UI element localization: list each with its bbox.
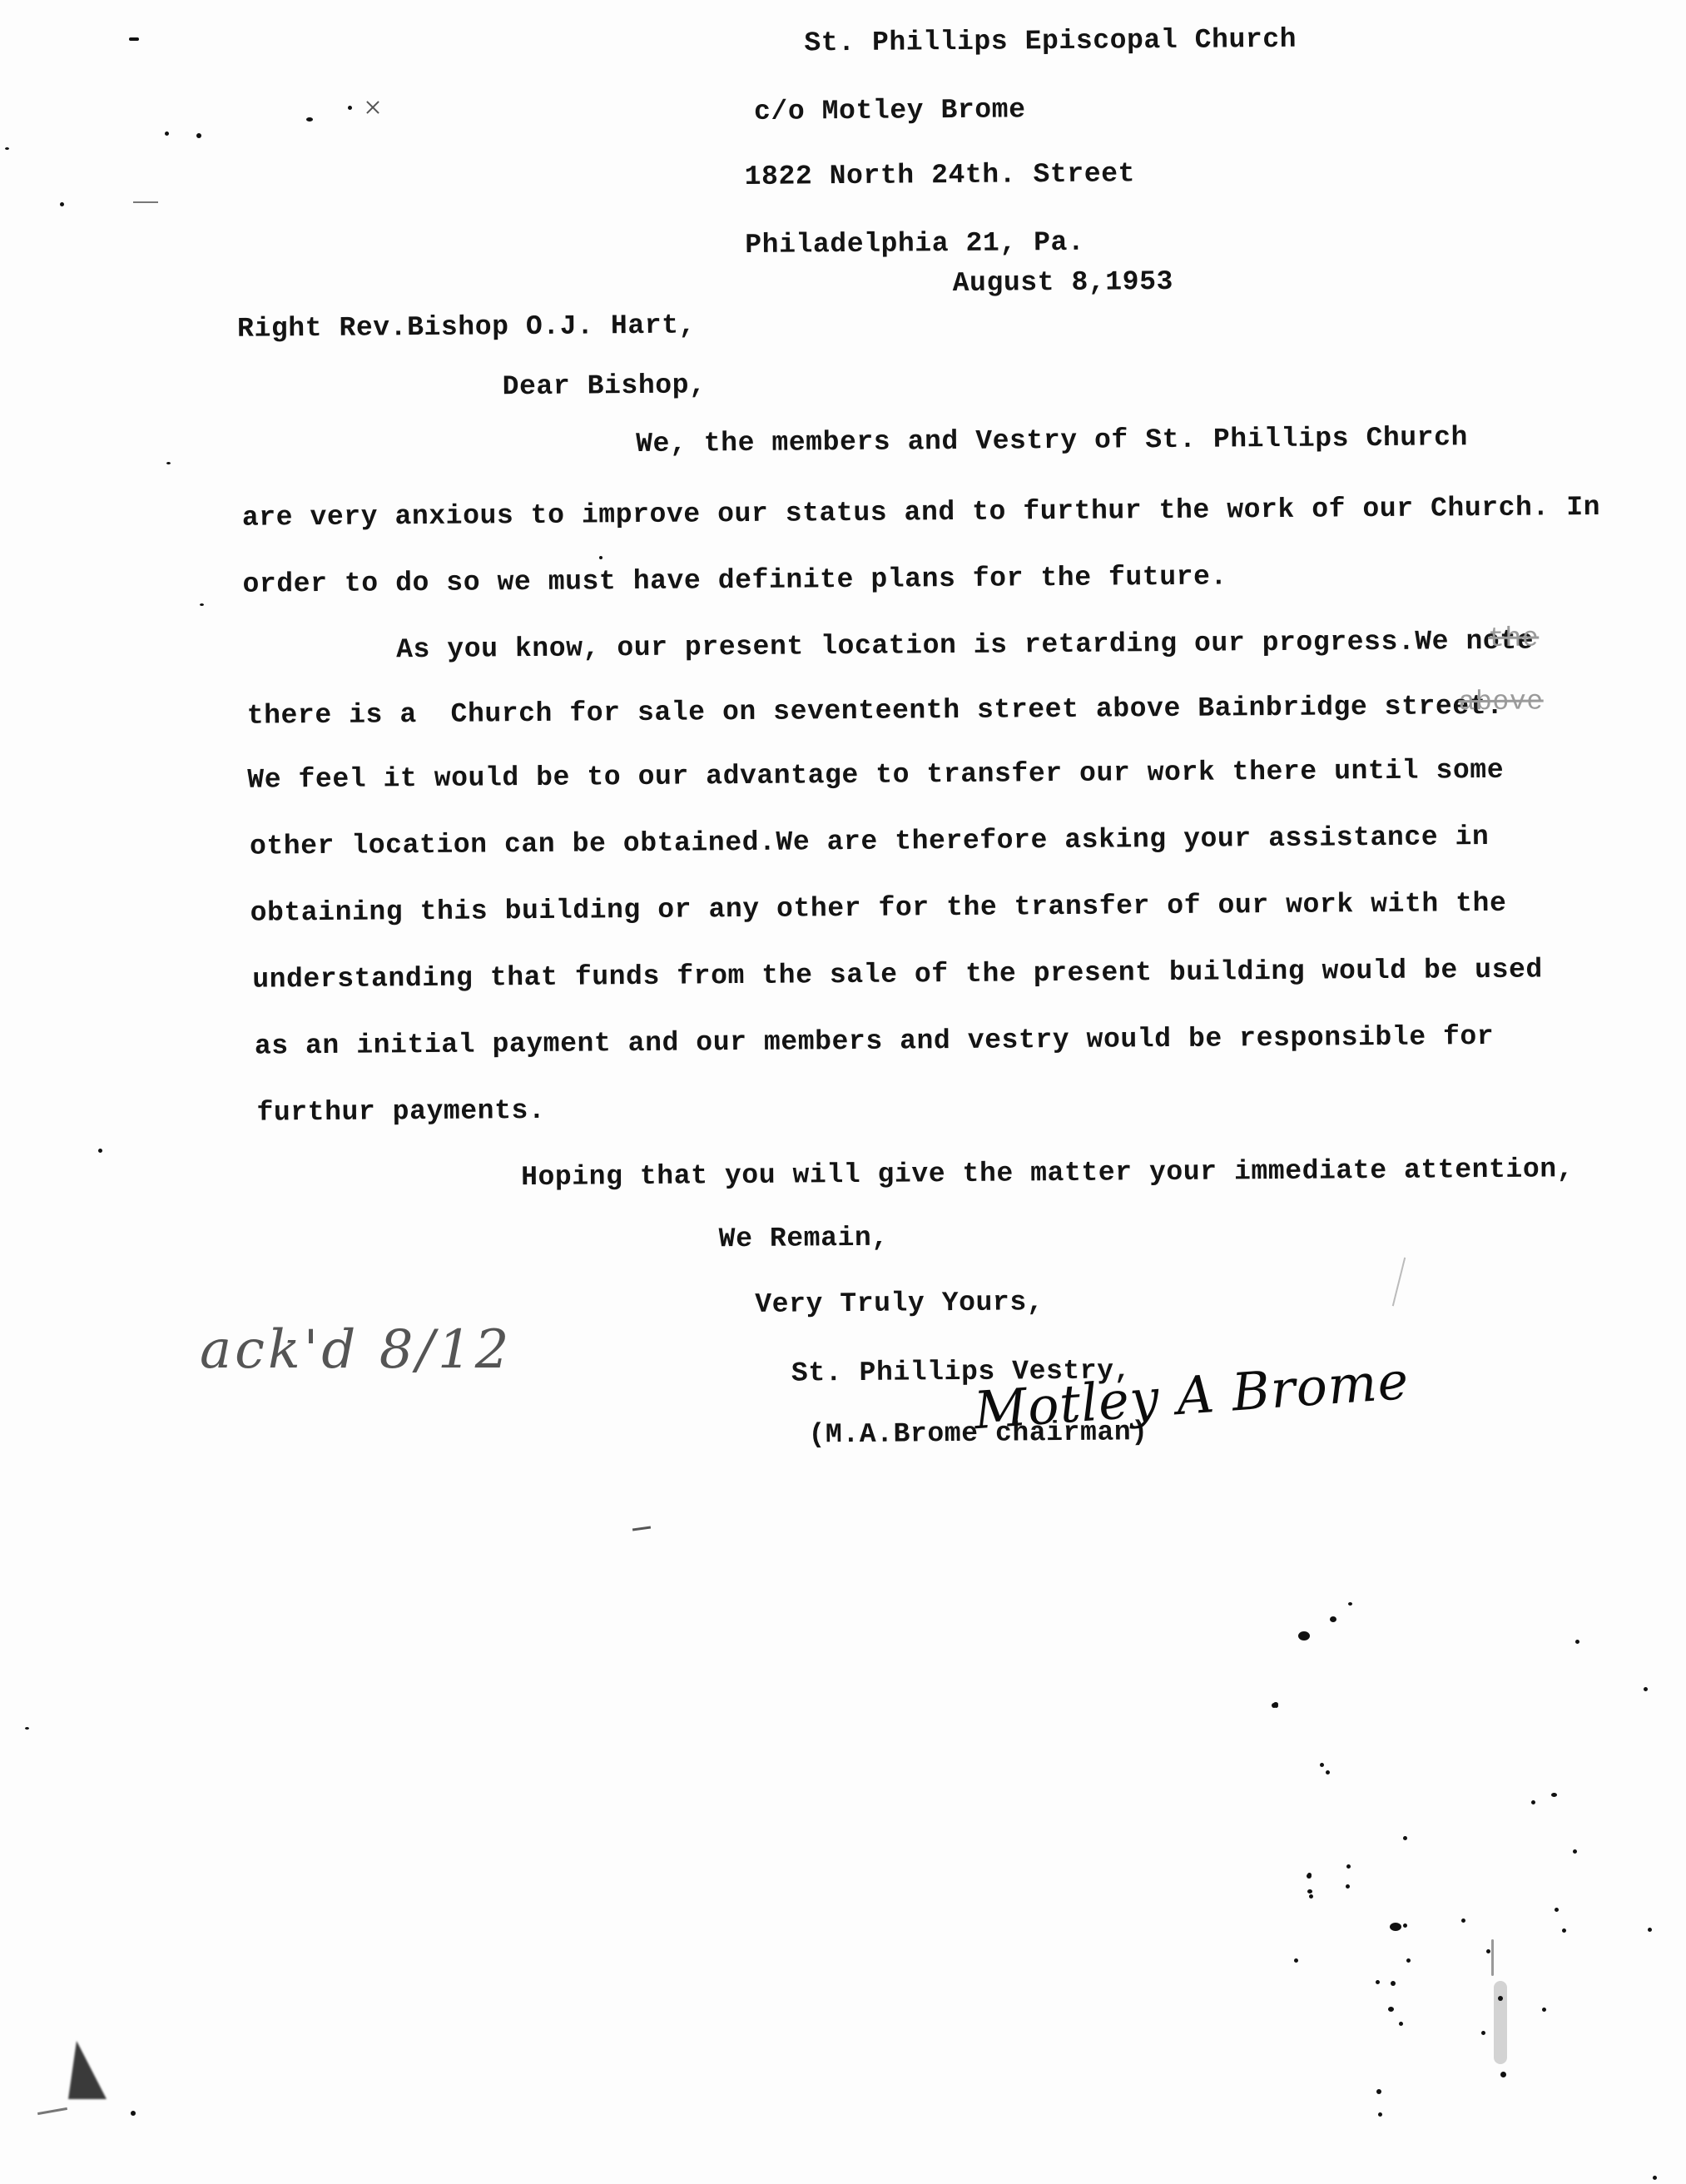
scan-speck (1320, 1763, 1324, 1767)
struck-out-word: the (1488, 623, 1540, 656)
letter-date: August 8,1953 (953, 266, 1174, 300)
scan-speck (1330, 1616, 1336, 1622)
scan-speck (131, 2111, 136, 2116)
scan-speck (1406, 1958, 1411, 1963)
scan-speck (1653, 2176, 1657, 2180)
scan-speck (1376, 1980, 1380, 1984)
scan-speck (1498, 1996, 1503, 2001)
scan-speck (1542, 2008, 1546, 2012)
scan-speck (348, 106, 352, 110)
scan-speck (1388, 2007, 1394, 2012)
scan-speck (1346, 1864, 1351, 1869)
scan-speck (165, 132, 169, 136)
body-line: furthur payments. (256, 1094, 545, 1130)
scan-speck (1551, 1793, 1557, 1797)
scan-speck (1648, 1928, 1652, 1932)
scan-speck (1274, 1704, 1278, 1708)
scan-speck (166, 462, 171, 464)
scan-speck (129, 37, 139, 41)
scan-speck (1326, 1770, 1330, 1774)
scan-smudge (1494, 1981, 1507, 2064)
scan-smudge (1491, 1939, 1494, 1976)
scan-speck (1486, 1949, 1490, 1953)
scan-speck (1481, 2031, 1485, 2035)
scan-speck (1378, 2112, 1382, 2117)
scan-speck (1555, 1908, 1559, 1912)
scan-speck (1298, 1631, 1310, 1640)
scan-speck (1403, 1923, 1407, 1928)
closing-valediction: Very Truly Yours, (755, 1286, 1044, 1322)
struck-out-word: above (1459, 685, 1544, 719)
body-line: We, the members and Vestry of St. Philli… (636, 421, 1468, 461)
body-line: obtaining this building or any other for… (250, 887, 1506, 931)
scan-speck (1346, 1884, 1350, 1889)
body-line: We feel it would be to our advantage to … (247, 754, 1504, 797)
scan-speck (25, 1727, 29, 1730)
body-line: other location can be obtained.We are th… (250, 821, 1490, 864)
scan-speck (1403, 1836, 1407, 1840)
scan-speck (306, 117, 313, 122)
scan-speck (1294, 1958, 1298, 1963)
scan-speck (1391, 1981, 1396, 1986)
handwritten-annotation: ack'd 8/12 (200, 1319, 512, 1381)
scan-speck (1309, 1894, 1313, 1899)
scan-speck (1531, 1800, 1535, 1804)
scan-speck (98, 1149, 102, 1153)
scan-speck (1348, 1602, 1352, 1606)
scan-speck (1390, 1923, 1401, 1931)
letter-page: St. Phillips Episcopal Church c/o Motley… (0, 0, 1686, 2184)
closing-line: Hoping that you will give the matter you… (521, 1153, 1574, 1194)
scan-speck (1644, 1687, 1648, 1691)
scan-speck (1461, 1918, 1465, 1923)
scan-speck (200, 603, 204, 606)
letterhead-care-of: c/o Motley Brome (754, 93, 1026, 129)
scan-speck (1562, 1928, 1566, 1933)
letter-content: St. Phillips Episcopal Church c/o Motley… (0, 0, 1686, 2184)
scan-speck (1500, 2072, 1506, 2077)
salutation: Dear Bishop, (503, 369, 707, 404)
body-line: order to do so we must have definite pla… (242, 560, 1227, 601)
scan-speck (1573, 1849, 1577, 1854)
body-line: understanding that funds from the sale o… (252, 953, 1543, 996)
letterhead-city: Philadelphia 21, Pa. (745, 226, 1084, 262)
recipient: Right Rev.Bishop O.J. Hart, (237, 309, 696, 345)
scan-speck (599, 556, 602, 559)
body-line: As you know, our present location is ret… (396, 625, 1534, 668)
body-line: as an initial payment and our members an… (255, 1020, 1495, 1064)
scan-speck (1399, 2022, 1403, 2026)
scan-corner-mark (68, 2041, 107, 2099)
body-line: are very anxious to improve our status a… (242, 491, 1601, 535)
closing-remain: We Remain, (719, 1222, 889, 1257)
scan-speck (1307, 1889, 1312, 1894)
scan-speck (60, 202, 64, 206)
scan-speck (196, 133, 201, 138)
scan-speck (1575, 1640, 1579, 1644)
body-line: there is a Church for sale on seventeent… (247, 690, 1504, 733)
letterhead-street: 1822 North 24th. Street (745, 157, 1136, 194)
scan-speck (1307, 1874, 1312, 1879)
letterhead-org: St. Phillips Episcopal Church (804, 23, 1297, 61)
scan-speck (5, 147, 9, 150)
scan-speck (1376, 2089, 1381, 2094)
scan-speck (133, 201, 158, 203)
